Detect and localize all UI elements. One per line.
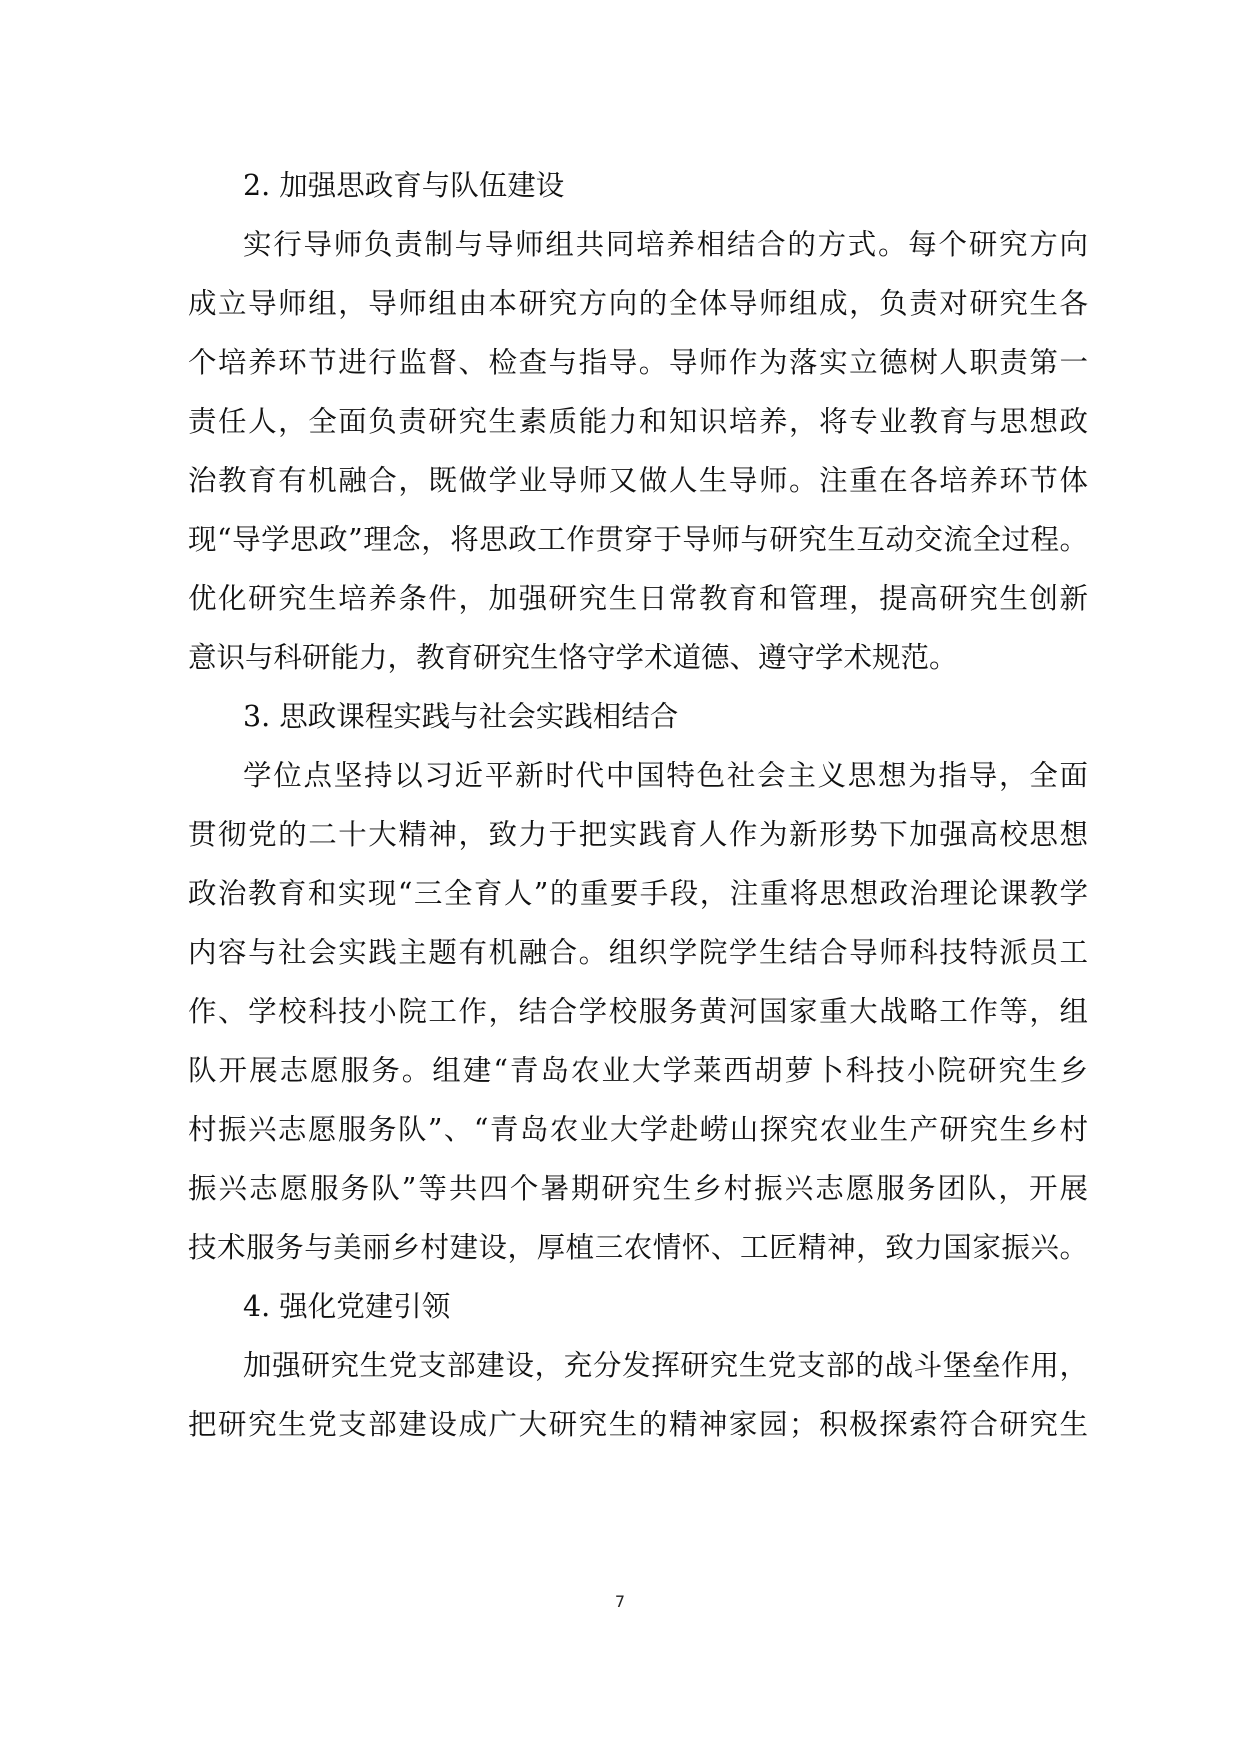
paragraph-line: 优化研究生培养条件，加强研究生日常教育和管理，提高研究生创新: [188, 569, 1088, 628]
paragraph-line: 技术服务与美丽乡村建设，厚植三农情怀、工匠精神，致力国家振兴。: [188, 1218, 1088, 1277]
section-heading: 2. 加强思政育与队伍建设: [188, 156, 1088, 215]
paragraph-line: 振兴志愿服务队”等共四个暑期研究生乡村振兴志愿服务团队，开展: [188, 1159, 1088, 1218]
paragraph-line: 政治教育和实现“三全育人”的重要手段，注重将思想政治理论课教学: [188, 864, 1088, 923]
section-heading: 3. 思政课程实践与社会实践相结合: [188, 687, 1088, 746]
paragraph-line: 把研究生党支部建设成广大研究生的精神家园；积极探索符合研究生: [188, 1395, 1088, 1454]
paragraph-line: 实行导师负责制与导师组共同培养相结合的方式。每个研究方向: [188, 215, 1088, 274]
document-body: 2. 加强思政育与队伍建设 实行导师负责制与导师组共同培养相结合的方式。每个研究…: [188, 156, 1088, 1454]
paragraph-line: 贯彻党的二十大精神，致力于把实践育人作为新形势下加强高校思想: [188, 805, 1088, 864]
paragraph-line: 队开展志愿服务。组建“青岛农业大学莱西胡萝卜科技小院研究生乡: [188, 1041, 1088, 1100]
paragraph-line: 现“导学思政”理念，将思政工作贯穿于导师与研究生互动交流全过程。: [188, 510, 1088, 569]
document-page: 2. 加强思政育与队伍建设 实行导师负责制与导师组共同培养相结合的方式。每个研究…: [0, 0, 1240, 1753]
paragraph-line: 学位点坚持以习近平新时代中国特色社会主义思想为指导，全面: [188, 746, 1088, 805]
paragraph-line: 责任人，全面负责研究生素质能力和知识培养，将专业教育与思想政: [188, 392, 1088, 451]
paragraph-line: 成立导师组，导师组由本研究方向的全体导师组成，负责对研究生各: [188, 274, 1088, 333]
paragraph-line: 意识与科研能力，教育研究生恪守学术道德、遵守学术规范。: [188, 628, 1088, 687]
paragraph-line: 加强研究生党支部建设，充分发挥研究生党支部的战斗堡垒作用，: [188, 1336, 1088, 1395]
paragraph-line: 内容与社会实践主题有机融合。组织学院学生结合导师科技特派员工: [188, 923, 1088, 982]
section-heading: 4. 强化党建引领: [188, 1277, 1088, 1336]
page-number: 7: [0, 1592, 1240, 1611]
paragraph-line: 作、学校科技小院工作，结合学校服务黄河国家重大战略工作等，组: [188, 982, 1088, 1041]
paragraph-line: 个培养环节进行监督、检查与指导。导师作为落实立德树人职责第一: [188, 333, 1088, 392]
paragraph-line: 村振兴志愿服务队”、“青岛农业大学赴崂山探究农业生产研究生乡村: [188, 1100, 1088, 1159]
paragraph-line: 治教育有机融合，既做学业导师又做人生导师。注重在各培养环节体: [188, 451, 1088, 510]
